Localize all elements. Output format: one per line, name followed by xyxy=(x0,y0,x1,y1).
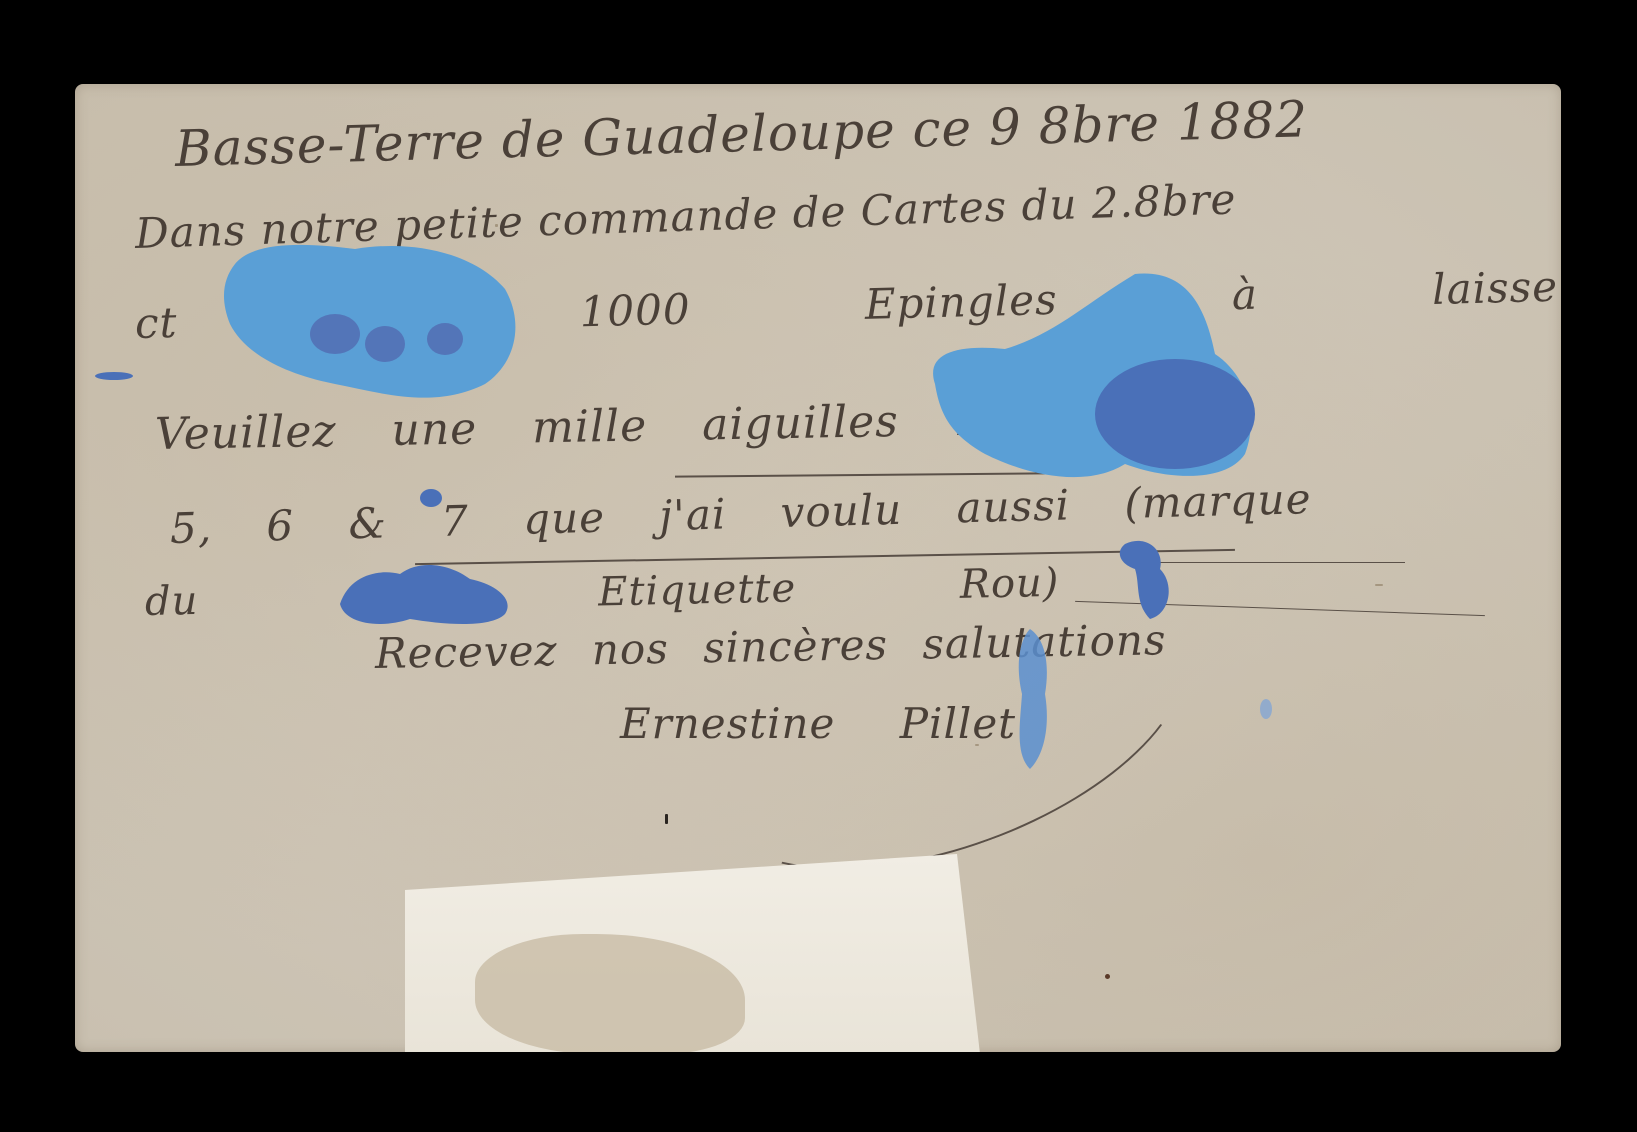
ink-mark xyxy=(665,814,668,824)
ink-smear xyxy=(1000,624,1070,774)
ink-spot xyxy=(1260,699,1272,719)
paper-fibre xyxy=(1375,584,1383,586)
ink-blot-bottom xyxy=(330,554,520,634)
underline-voulu xyxy=(415,549,1235,565)
ink-spot xyxy=(95,372,133,380)
ink-blot-left xyxy=(215,234,535,414)
ink-blot-right xyxy=(915,264,1275,494)
letter-line-1: Basse-Terre de Guadeloupe ce 9 8bre 1882 xyxy=(174,90,1309,178)
postcard: Basse-Terre de Guadeloupe ce 9 8bre 1882… xyxy=(75,84,1561,1052)
ink-drip xyxy=(1115,534,1185,624)
ink-dot xyxy=(1105,974,1110,979)
ink-spot xyxy=(420,489,442,507)
